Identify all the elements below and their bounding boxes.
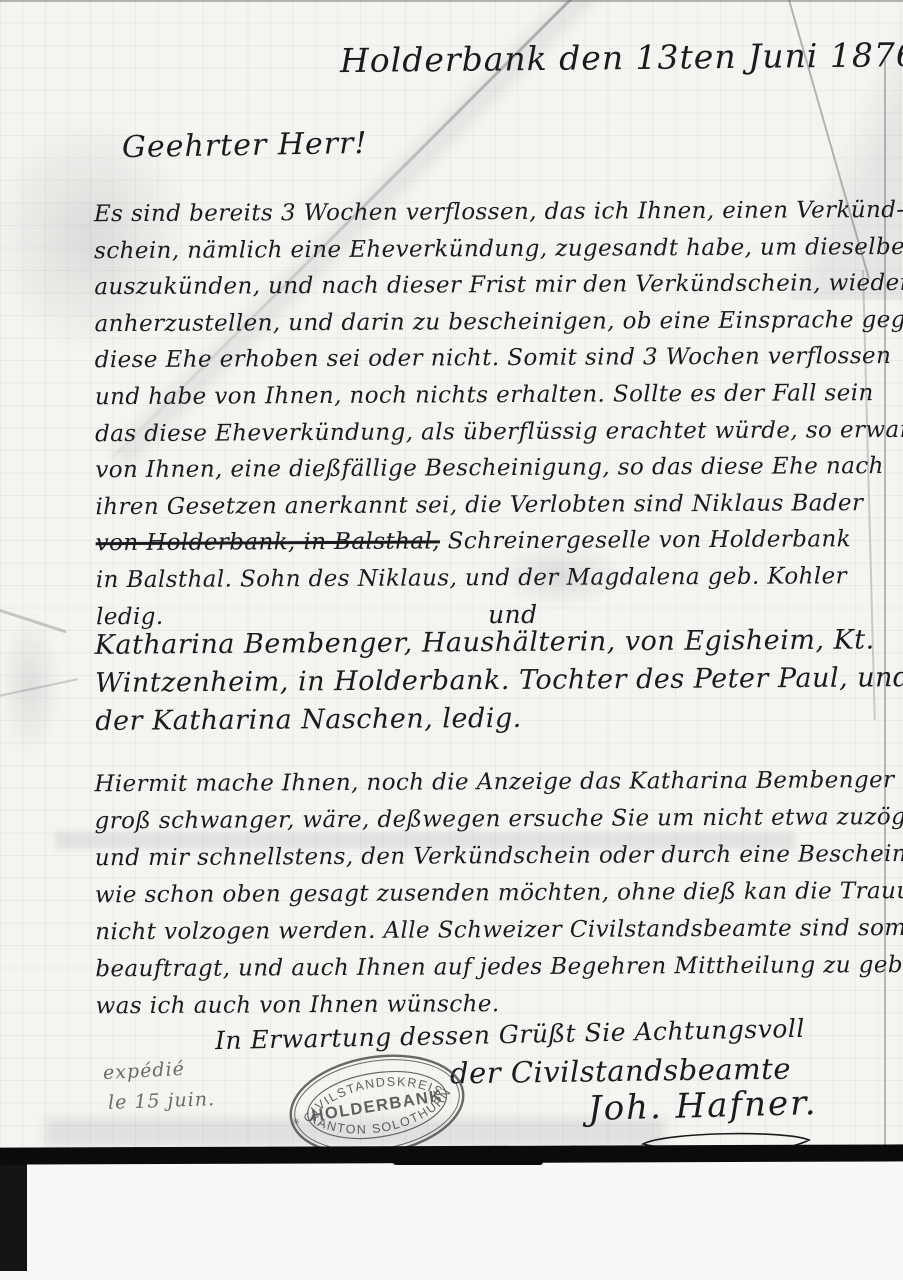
stamp-star-icon: ✳ [292,1116,301,1127]
stamp-middle-ring [288,1049,466,1150]
letter-line: das diese Eheverkündung, als überflüssig… [95,411,903,452]
letter-line: der Katharina Naschen, ledig. [95,697,903,741]
letter-line: Katharina Bembenger, Haushälterin, von E… [95,621,903,665]
letter-line: in Balsthal. Sohn des Niklaus, und der M… [96,558,903,599]
letter-line-with-strikethrough: von Holderbank, in Balsthal, Schreinerge… [96,521,903,562]
body-paragraph-3: Hiermit mache Ihnen, noch die Anzeige da… [94,762,903,1026]
fold-smudge [0,590,70,780]
scan-black-band-edge [393,1159,543,1165]
letter-line: diese Ehe erhoben sei oder nicht. Somit … [95,338,903,379]
stamp-center-text: HOLDERBANK [310,1087,444,1125]
dateline: Holderbank den 13ten Juni 1876. [340,35,903,80]
letter-line: auszukünden, und nach dieser Frist mir d… [94,265,903,306]
letter-line: ihren Gesetzen anerkannt sei, die Verlob… [95,485,903,526]
letter-line: wie schon oben gesagt zusenden möchten, … [95,873,903,915]
fold-mark [0,678,78,700]
pencil-note-date: le 15 juin. [108,1088,216,1114]
scanned-letter-page: Holderbank den 13ten Juni 1876. Geehrter… [0,0,903,1280]
stamp-outer-ring [284,1044,471,1150]
struck-text: von Holderbank, in Balsthal, [96,529,440,557]
paper-sheet: Holderbank den 13ten Juni 1876. Geehrter… [0,0,903,1150]
letter-line: Es sind bereits 3 Wochen verflossen, das… [94,192,903,233]
signature-name: Joh. Hafner. [588,1083,818,1129]
letter-line: nicht volzogen werden. Alle Schweizer Ci… [95,910,903,952]
letter-line: beauftragt, und auch Ihnen auf jedes Beg… [95,947,903,989]
body-paragraph-1: Es sind bereits 3 Wochen verflossen, das… [94,192,903,636]
letter-line: anherzustellen, und darin zu bescheinige… [94,302,903,343]
stamp-inner-ring [303,1062,451,1147]
salutation: Geehrter Herr! [122,126,368,165]
ink-smear [45,1118,665,1146]
underlying-sheet [0,1161,903,1280]
after-struck-text: Schreinergeselle von Holderbank [448,527,851,555]
letter-line: Wintzenheim, in Holderbank. Tochter des … [95,659,903,703]
letter-line: und mir schnellstens, den Verkündschein … [95,836,903,878]
top-edge-line [0,0,903,2]
scan-black-strip [0,1163,27,1271]
stamp-top-arc-text: CIVILSTANDSKREIS [296,1065,448,1126]
stamp-bottom-arc-text: KANTON SOLOTHURN [304,1083,459,1146]
fold-mark [0,606,67,634]
pencil-note-expedie: expédié [102,1058,185,1084]
letter-line: Hiermit mache Ihnen, noch die Anzeige da… [94,762,903,804]
letter-line: und habe von Ihnen, noch nichts erhalten… [95,375,903,416]
body-paragraph-2: Katharina Bembenger, Haushälterin, von E… [95,621,903,741]
letter-line: schein, nämlich eine Eheverkündung, zuge… [94,228,903,269]
letter-line: von Ihnen, eine dießfällige Bescheinigun… [95,448,903,489]
letter-line: groß schwanger, wäre, deßwegen ersuche S… [95,799,903,841]
office-stamp: CIVILSTANDSKREIS KANTON SOLOTHURN HOLDER… [280,1041,474,1150]
